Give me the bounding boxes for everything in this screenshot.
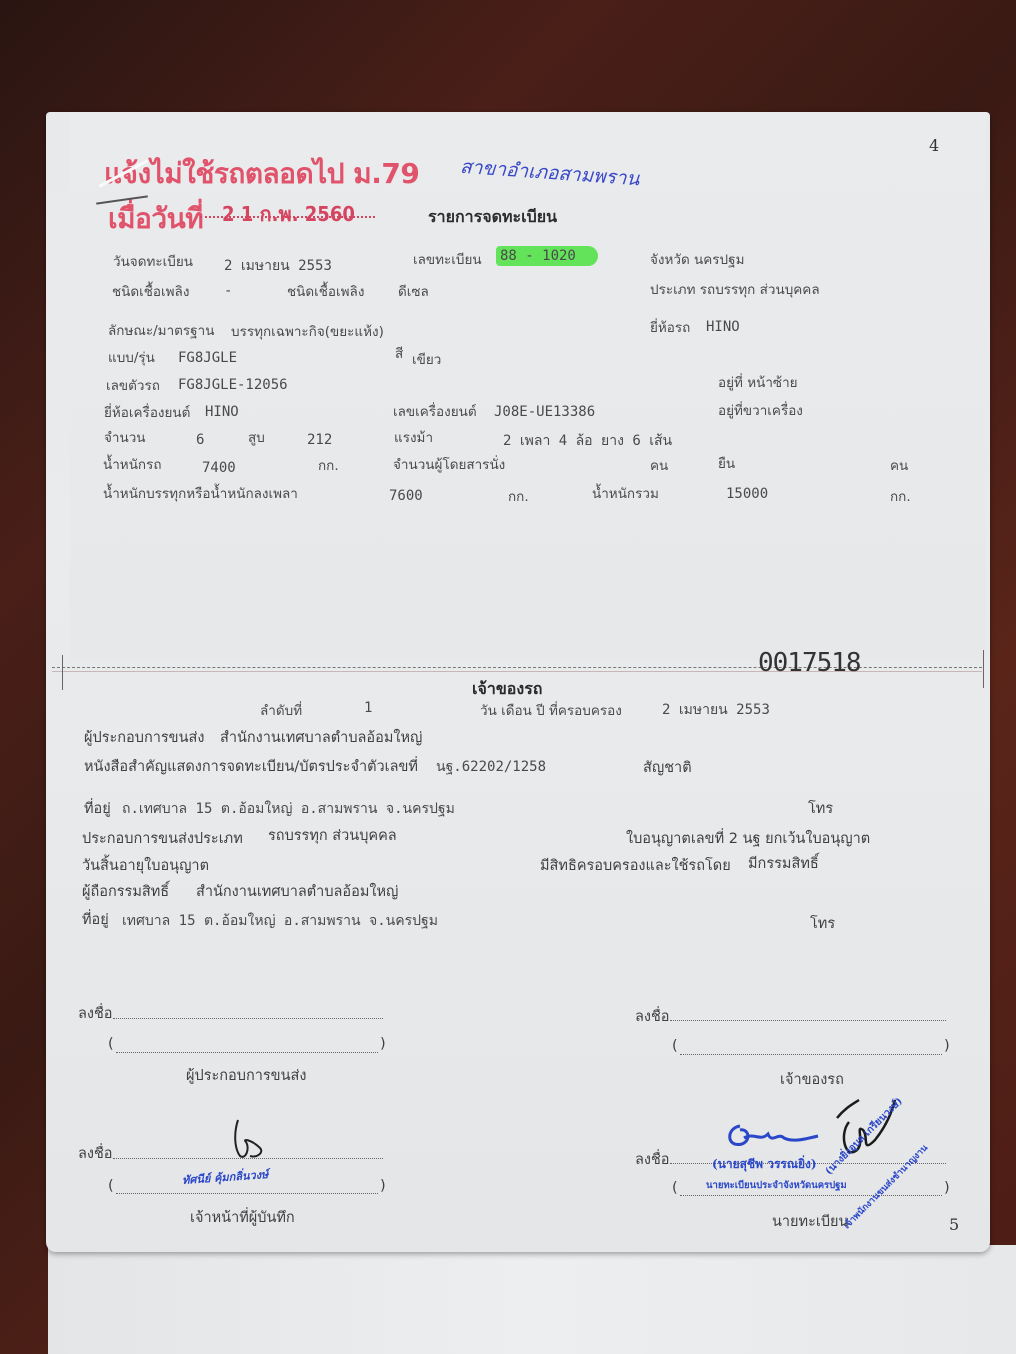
- color-label: สี: [395, 342, 403, 364]
- vehicle-type: รถบรรทุก ส่วนบุคคล: [700, 282, 820, 298]
- crop-mark-left: [62, 655, 63, 690]
- document-title: รายการจดทะเบียน: [428, 205, 557, 230]
- model: FG8JGLE: [178, 350, 237, 366]
- operator-name-open-paren: (: [108, 1036, 114, 1052]
- reg-date: 2 เมษายน 2553: [224, 255, 332, 277]
- weight-label: น้ำหนักรถ: [103, 453, 162, 475]
- total-weight-unit: กก.: [890, 485, 911, 507]
- load-weight: 7600: [389, 488, 423, 504]
- character: บรรทุกเฉพาะกิจ(ขยะแห้ง): [231, 320, 384, 342]
- brand-label: ยี่ห้อรถ: [650, 316, 690, 338]
- cylinders-unit: สูบ: [248, 426, 265, 448]
- province-label: จังหวัด: [650, 252, 690, 268]
- brand: HINO: [706, 319, 740, 335]
- registrar-sign-label: ลงชื่อ: [635, 1148, 670, 1171]
- business-type: รถบรรทุก ส่วนบุคคล: [268, 824, 397, 847]
- vehicle-type-field: ประเภท รถบรรทุก ส่วนบุคคล: [650, 278, 820, 300]
- operator-name-line[interactable]: [116, 1052, 378, 1053]
- province-field: จังหวัด นครปฐม: [650, 248, 744, 270]
- chassis-number: FG8JGLE-12056: [178, 377, 288, 393]
- page-number-bottom: 5: [949, 1215, 959, 1234]
- address: ถ.เทศบาล 15 ต.อ้อมใหญ่ อ.สามพราน จ.นครปฐ…: [122, 798, 455, 820]
- chassis-location-field: อยู่ที่ หน้าซ้าย: [718, 371, 798, 393]
- underlying-page: [48, 1245, 1016, 1354]
- holder-name: สำนักงานเทศบาลตำบลอ้อมใหญ่: [196, 880, 398, 903]
- nationality-label: สัญชาติ: [643, 756, 692, 779]
- operator-sign-label: ลงชื่อ: [78, 1002, 113, 1025]
- engine-no-label: เลขเครื่องยนต์: [393, 400, 477, 422]
- model-label: แบบ/รุ่น: [108, 346, 155, 368]
- fuel-type2: ดีเซล: [398, 280, 429, 302]
- chassis-location: หน้าซ้าย: [747, 375, 797, 391]
- business-type-label: ประกอบการขนส่งประเภท: [82, 827, 243, 850]
- rights-value: มีกรรมสิทธิ์: [748, 852, 819, 875]
- fuel-type-label: ชนิดเชื้อเพลิง: [112, 280, 189, 302]
- license-expiry-label: วันสิ้นอายุใบอนุญาต: [82, 854, 209, 877]
- recorder-sign-label: ลงชื่อ: [78, 1142, 113, 1165]
- standing-label: ยืน: [718, 452, 735, 474]
- chassis-label: เลขตัวรถ: [106, 374, 160, 396]
- engine-brand-label: ยี่ห้อเครื่องยนต์: [104, 401, 190, 423]
- fuel-type: -: [224, 283, 232, 299]
- possession-date-label: วัน เดือน ปี ที่ครอบครอง: [480, 699, 622, 721]
- order-label: ลำดับที่: [260, 699, 302, 721]
- operator-signature-line[interactable]: [113, 1018, 383, 1019]
- engine-cc: 212: [307, 432, 332, 448]
- deregistration-stamp-label: เมื่อวันที่: [108, 197, 203, 241]
- id-doc-label: หนังสือสำคัญแสดงการจดทะเบียน/บัตรประจำตั…: [84, 755, 418, 778]
- order-number: 1: [364, 700, 372, 716]
- cylinders: 6: [196, 432, 204, 448]
- holder-address-label: ที่อยู่: [82, 908, 109, 931]
- operator-name-close-paren: ): [380, 1036, 386, 1052]
- registrar-name-open-paren: (: [672, 1180, 678, 1196]
- recorder-name-line[interactable]: [116, 1193, 378, 1194]
- passengers-unit: คน: [650, 454, 668, 476]
- total-weight: 15000: [726, 486, 768, 502]
- axles-wheels: 2 เพลา 4 ล้อ ยาง 6 เส้น: [503, 430, 672, 452]
- owner-role: เจ้าของรถ: [780, 1068, 844, 1091]
- fuel-type2-label: ชนิดเชื้อเพลิง: [287, 280, 364, 302]
- owner-name-open-paren: (: [672, 1038, 678, 1054]
- registrar-role: นายทะเบียน: [772, 1210, 848, 1233]
- rights-label: มีสิทธิครอบครองและใช้รถโดย: [540, 854, 731, 877]
- possession-date: 2 เมษายน 2553: [662, 699, 770, 721]
- operator-role: ผู้ประกอบการขนส่ง: [186, 1064, 306, 1087]
- standing-unit: คน: [890, 454, 908, 476]
- engine-brand: HINO: [205, 404, 239, 420]
- recorder-signature: [230, 1118, 270, 1162]
- deregistration-stamp-date: 2 1 ก.พ. 2560: [222, 198, 355, 230]
- vehicle-type-label: ประเภท: [650, 282, 695, 298]
- total-weight-label: น้ำหนักรวม: [592, 482, 659, 504]
- plate-highlight: 88 - 1020: [496, 246, 598, 266]
- registrar-name-line[interactable]: [680, 1195, 942, 1196]
- plate-number: 88 - 1020: [496, 248, 598, 264]
- character-label: ลักษณะ/มาตรฐาน: [108, 319, 214, 341]
- operator-name: สำนักงานเทศบาลตำบลอ้อมใหญ่: [220, 726, 422, 749]
- chassis-location-label: อยู่ที่: [718, 375, 743, 391]
- crop-mark-right: [983, 650, 984, 688]
- deregistration-stamp-line1: แจ้งไม่ใช้รถตลอดไป ม.79: [104, 152, 419, 196]
- weight-unit: กก.: [318, 454, 339, 476]
- registrar-name-close-paren: ): [944, 1180, 950, 1196]
- province: นครปฐม: [694, 252, 744, 268]
- registrar-name-stamp: (นายสุชีพ วรรณยิ่ง): [712, 1155, 817, 1174]
- reg-date-label: วันจดทะเบียน: [113, 250, 193, 272]
- load-label: น้ำหนักบรรทุกหรือน้ำหนักลงเพลา: [103, 482, 298, 504]
- holder-label: ผู้ถือกรรมสิทธิ์: [82, 880, 169, 903]
- registrar-signature-blue: [722, 1118, 822, 1154]
- passengers-label: จำนวนผู้โดยสารนั่ง: [393, 453, 505, 475]
- recorder-name-open-paren: (: [108, 1178, 114, 1194]
- operator-label: ผู้ประกอบการขนส่ง: [84, 726, 204, 749]
- holder-address: เทศบาล 15 ต.อ้อมใหญ่ อ.สามพราน จ.นครปฐม: [122, 910, 438, 932]
- recorder-name-close-paren: ): [380, 1178, 386, 1194]
- engine-location: อยู่ที่ขวาเครื่อง: [718, 399, 803, 421]
- plate-label: เลขทะเบียน: [413, 248, 482, 270]
- recorder-role: เจ้าหน้าที่ผู้บันทึก: [190, 1206, 295, 1229]
- serial-number: 0017518: [758, 648, 861, 678]
- vehicle-weight: 7400: [202, 460, 236, 476]
- color: เขียว: [412, 348, 441, 370]
- id-doc-number: นฐ.62202/1258: [436, 756, 546, 778]
- license-number: ใบอนุญาตเลขที่ 2 นฐ ยกเว้นใบอนุญาต: [626, 827, 870, 850]
- registrar-title-stamp: นายทะเบียนประจำจังหวัดนครปฐม: [706, 1178, 847, 1193]
- engine-number: J08E-UE13386: [494, 404, 595, 420]
- page-number-top: 4: [929, 136, 939, 155]
- owner-signature-line[interactable]: [670, 1020, 946, 1021]
- owner-sign-label: ลงชื่อ: [635, 1005, 670, 1028]
- holder-phone-label: โทร: [810, 912, 835, 935]
- load-unit: กก.: [508, 485, 529, 507]
- owner-name-close-paren: ): [944, 1038, 950, 1054]
- phone-label: โทร: [808, 797, 833, 820]
- address-label: ที่อยู่: [84, 797, 111, 820]
- count-label: จำนวน: [104, 426, 146, 448]
- owner-name-line[interactable]: [680, 1054, 942, 1055]
- horsepower-label: แรงม้า: [394, 426, 433, 448]
